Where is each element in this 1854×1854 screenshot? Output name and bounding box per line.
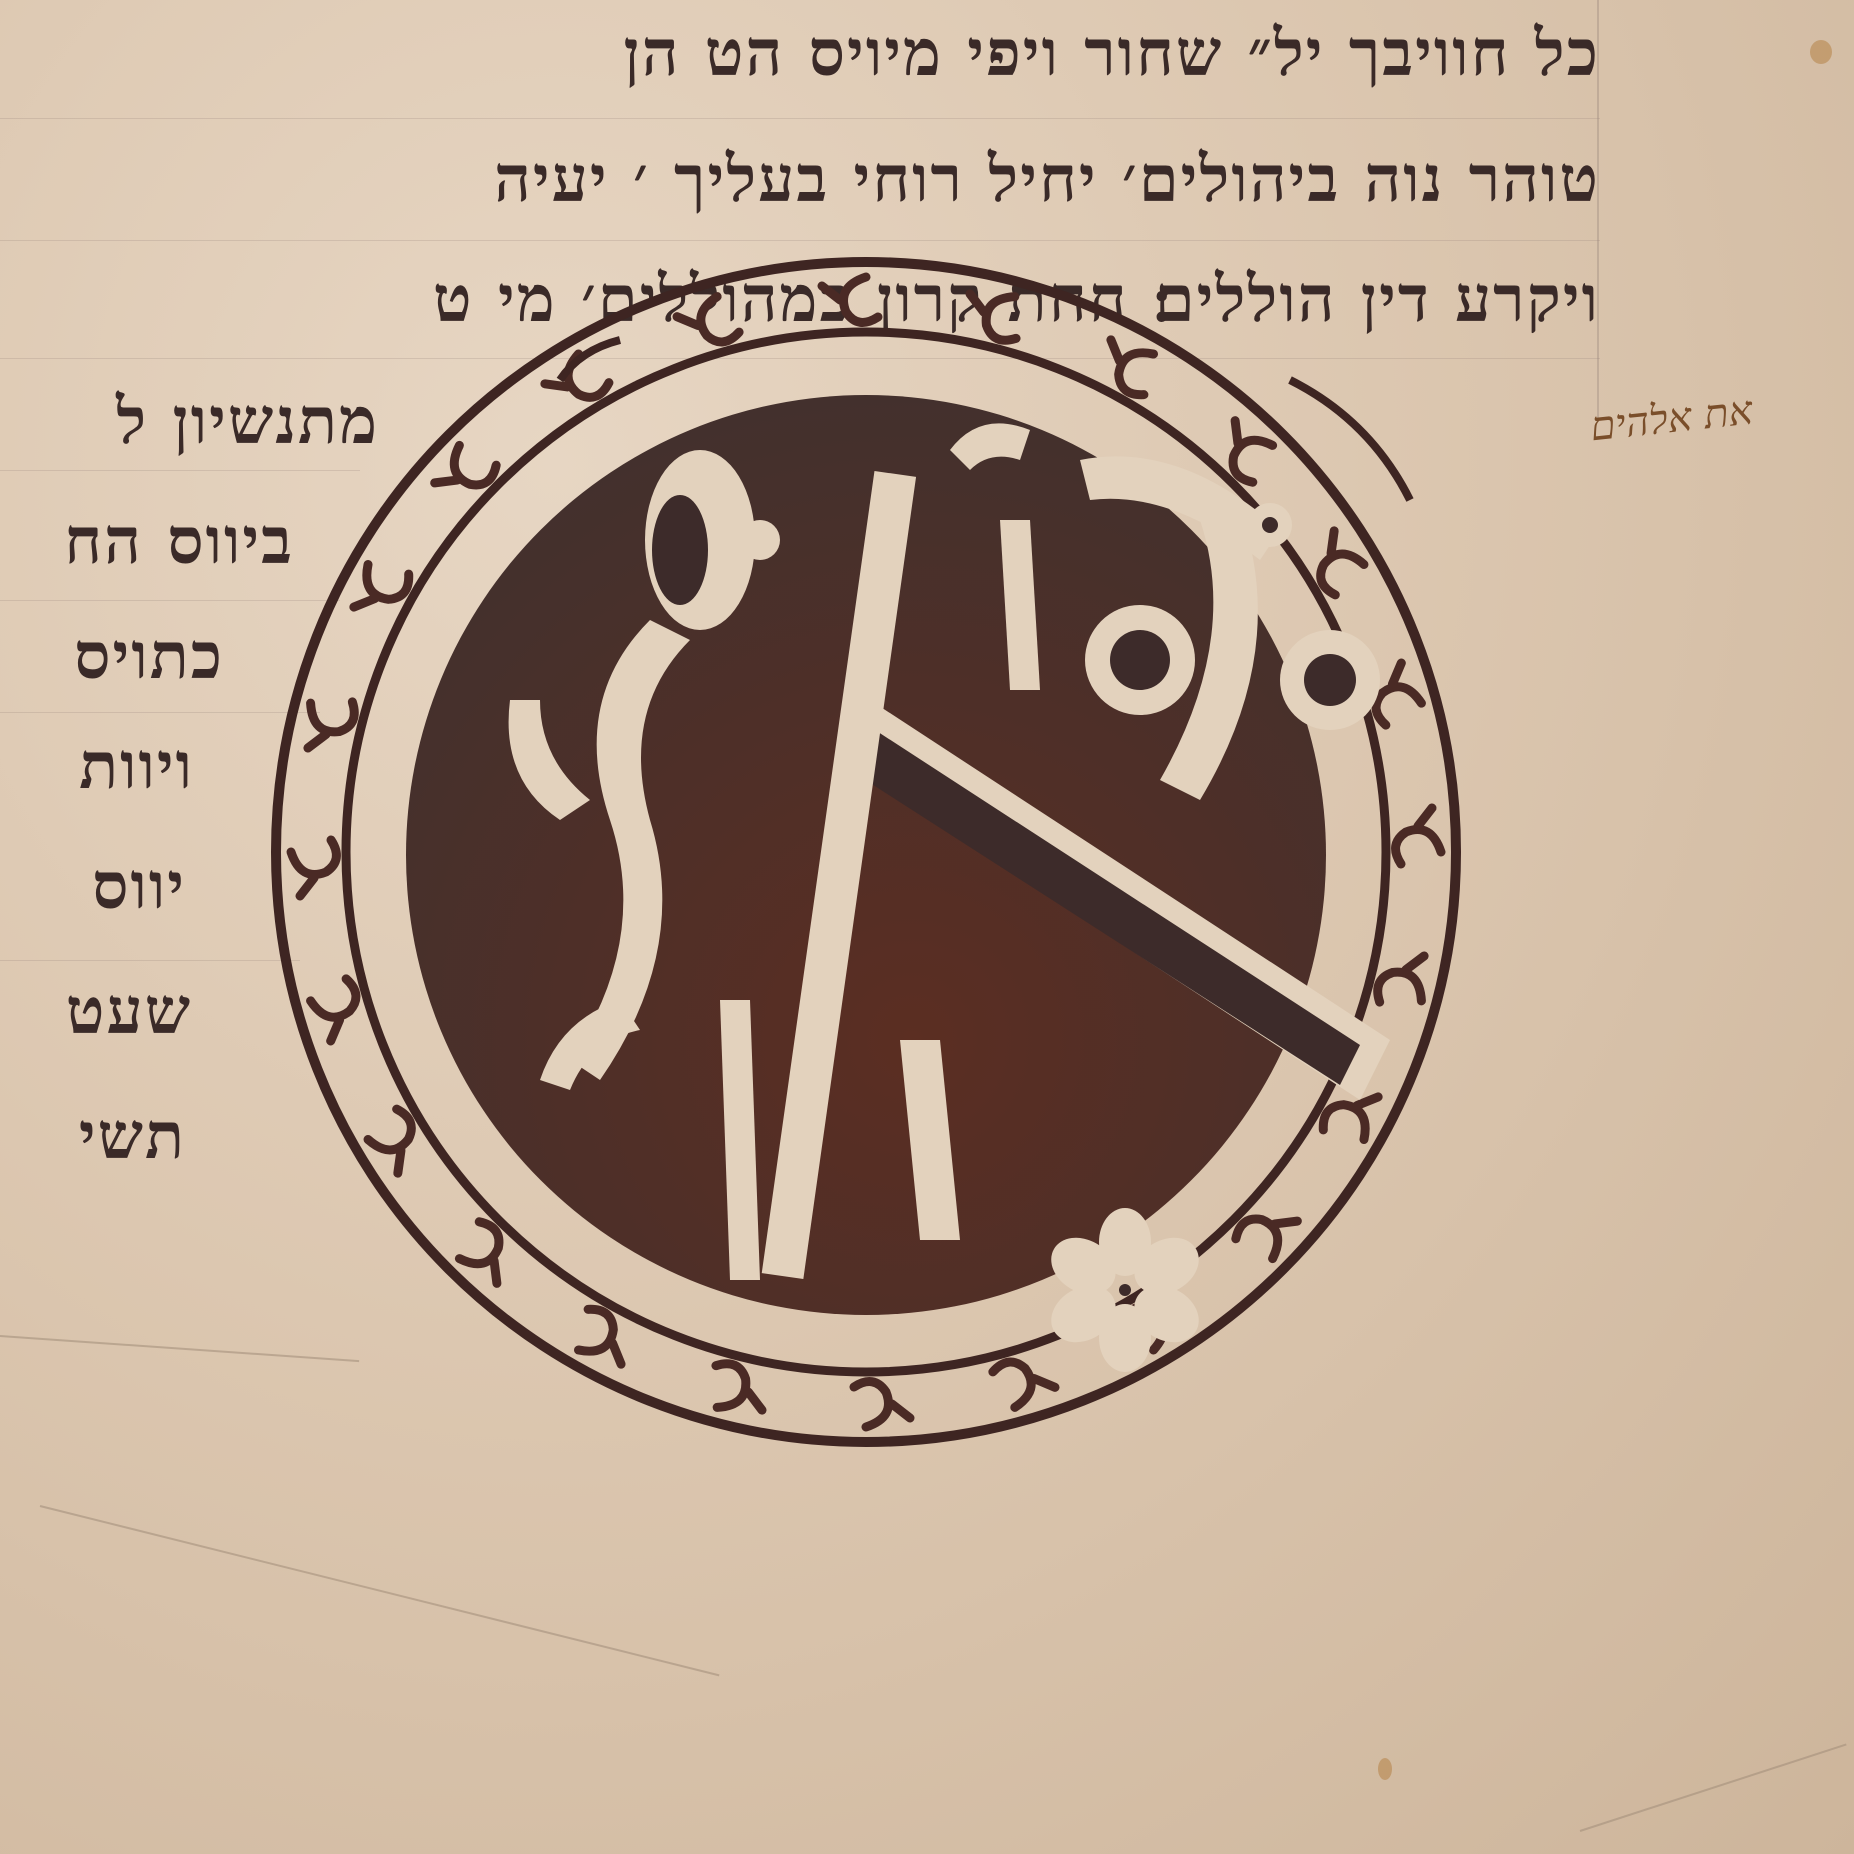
illuminated-initial-roundel [0, 0, 1854, 1854]
manuscript-page: כל חוויבך יל״ שחור ויפי מיויס הט הן טוהר… [0, 0, 1854, 1854]
